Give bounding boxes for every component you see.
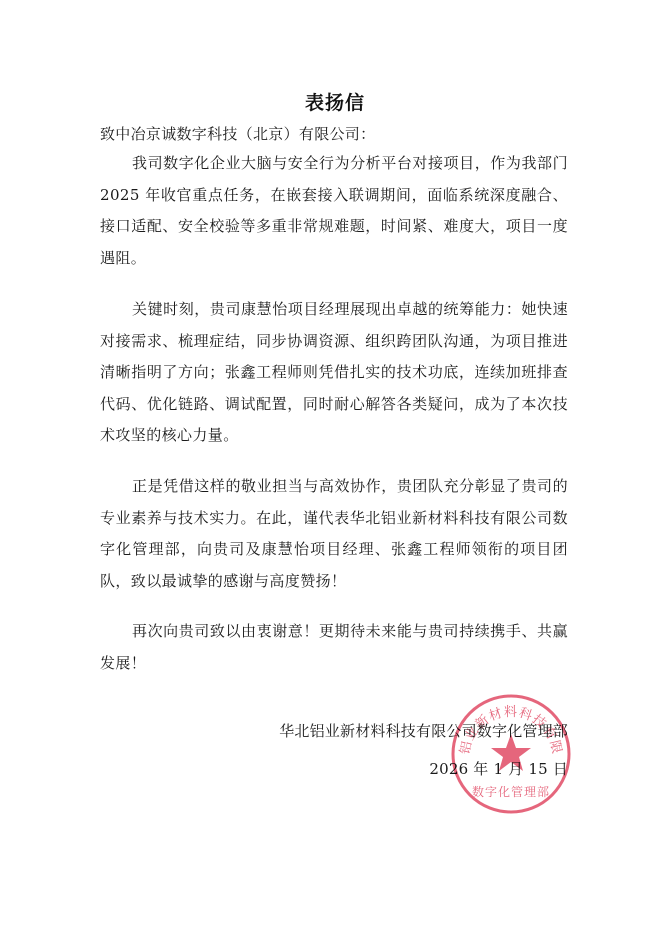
seal-inner-text: 数字化管理部 bbox=[472, 784, 550, 799]
paragraph-4: 再次向贵司致以由衷谢意！更期待未来能与贵司持续携手、共赢发展！ bbox=[100, 616, 568, 679]
seal-icon: 华北铝业新材料科技有限公司 数字化管理部 bbox=[449, 692, 573, 816]
letter-title: 表扬信 bbox=[0, 88, 670, 115]
paragraph-text: 关键时刻，贵司康慧怡项目经理展现出卓越的统筹能力：她快速对接需求、梳理症结，同步… bbox=[100, 294, 568, 452]
paragraph-text: 再次向贵司致以由衷谢意！更期待未来能与贵司持续携手、共赢发展！ bbox=[100, 616, 568, 679]
paragraph-text: 正是凭借这样的敬业担当与高效协作，贵团队充分彰显了贵司的专业素养与技术实力。在此… bbox=[100, 471, 568, 597]
paragraph-1: 我司数字化企业大脑与安全行为分析平台对接项目，作为我部门 2025 年收官重点任… bbox=[100, 148, 568, 274]
paragraph-3: 正是凭借这样的敬业担当与高效协作，贵团队充分彰显了贵司的专业素养与技术实力。在此… bbox=[100, 471, 568, 597]
salutation: 致中冶京诚数字科技（北京）有限公司： bbox=[100, 123, 375, 144]
official-seal-stamp: 华北铝业新材料科技有限公司 数字化管理部 bbox=[449, 692, 573, 816]
paragraph-2: 关键时刻，贵司康慧怡项目经理展现出卓越的统筹能力：她快速对接需求、梳理症结，同步… bbox=[100, 294, 568, 452]
paragraph-text: 我司数字化企业大脑与安全行为分析平台对接项目，作为我部门 2025 年收官重点任… bbox=[100, 148, 568, 274]
letter-page: 表扬信 致中冶京诚数字科技（北京）有限公司： 我司数字化企业大脑与安全行为分析平… bbox=[0, 0, 670, 948]
